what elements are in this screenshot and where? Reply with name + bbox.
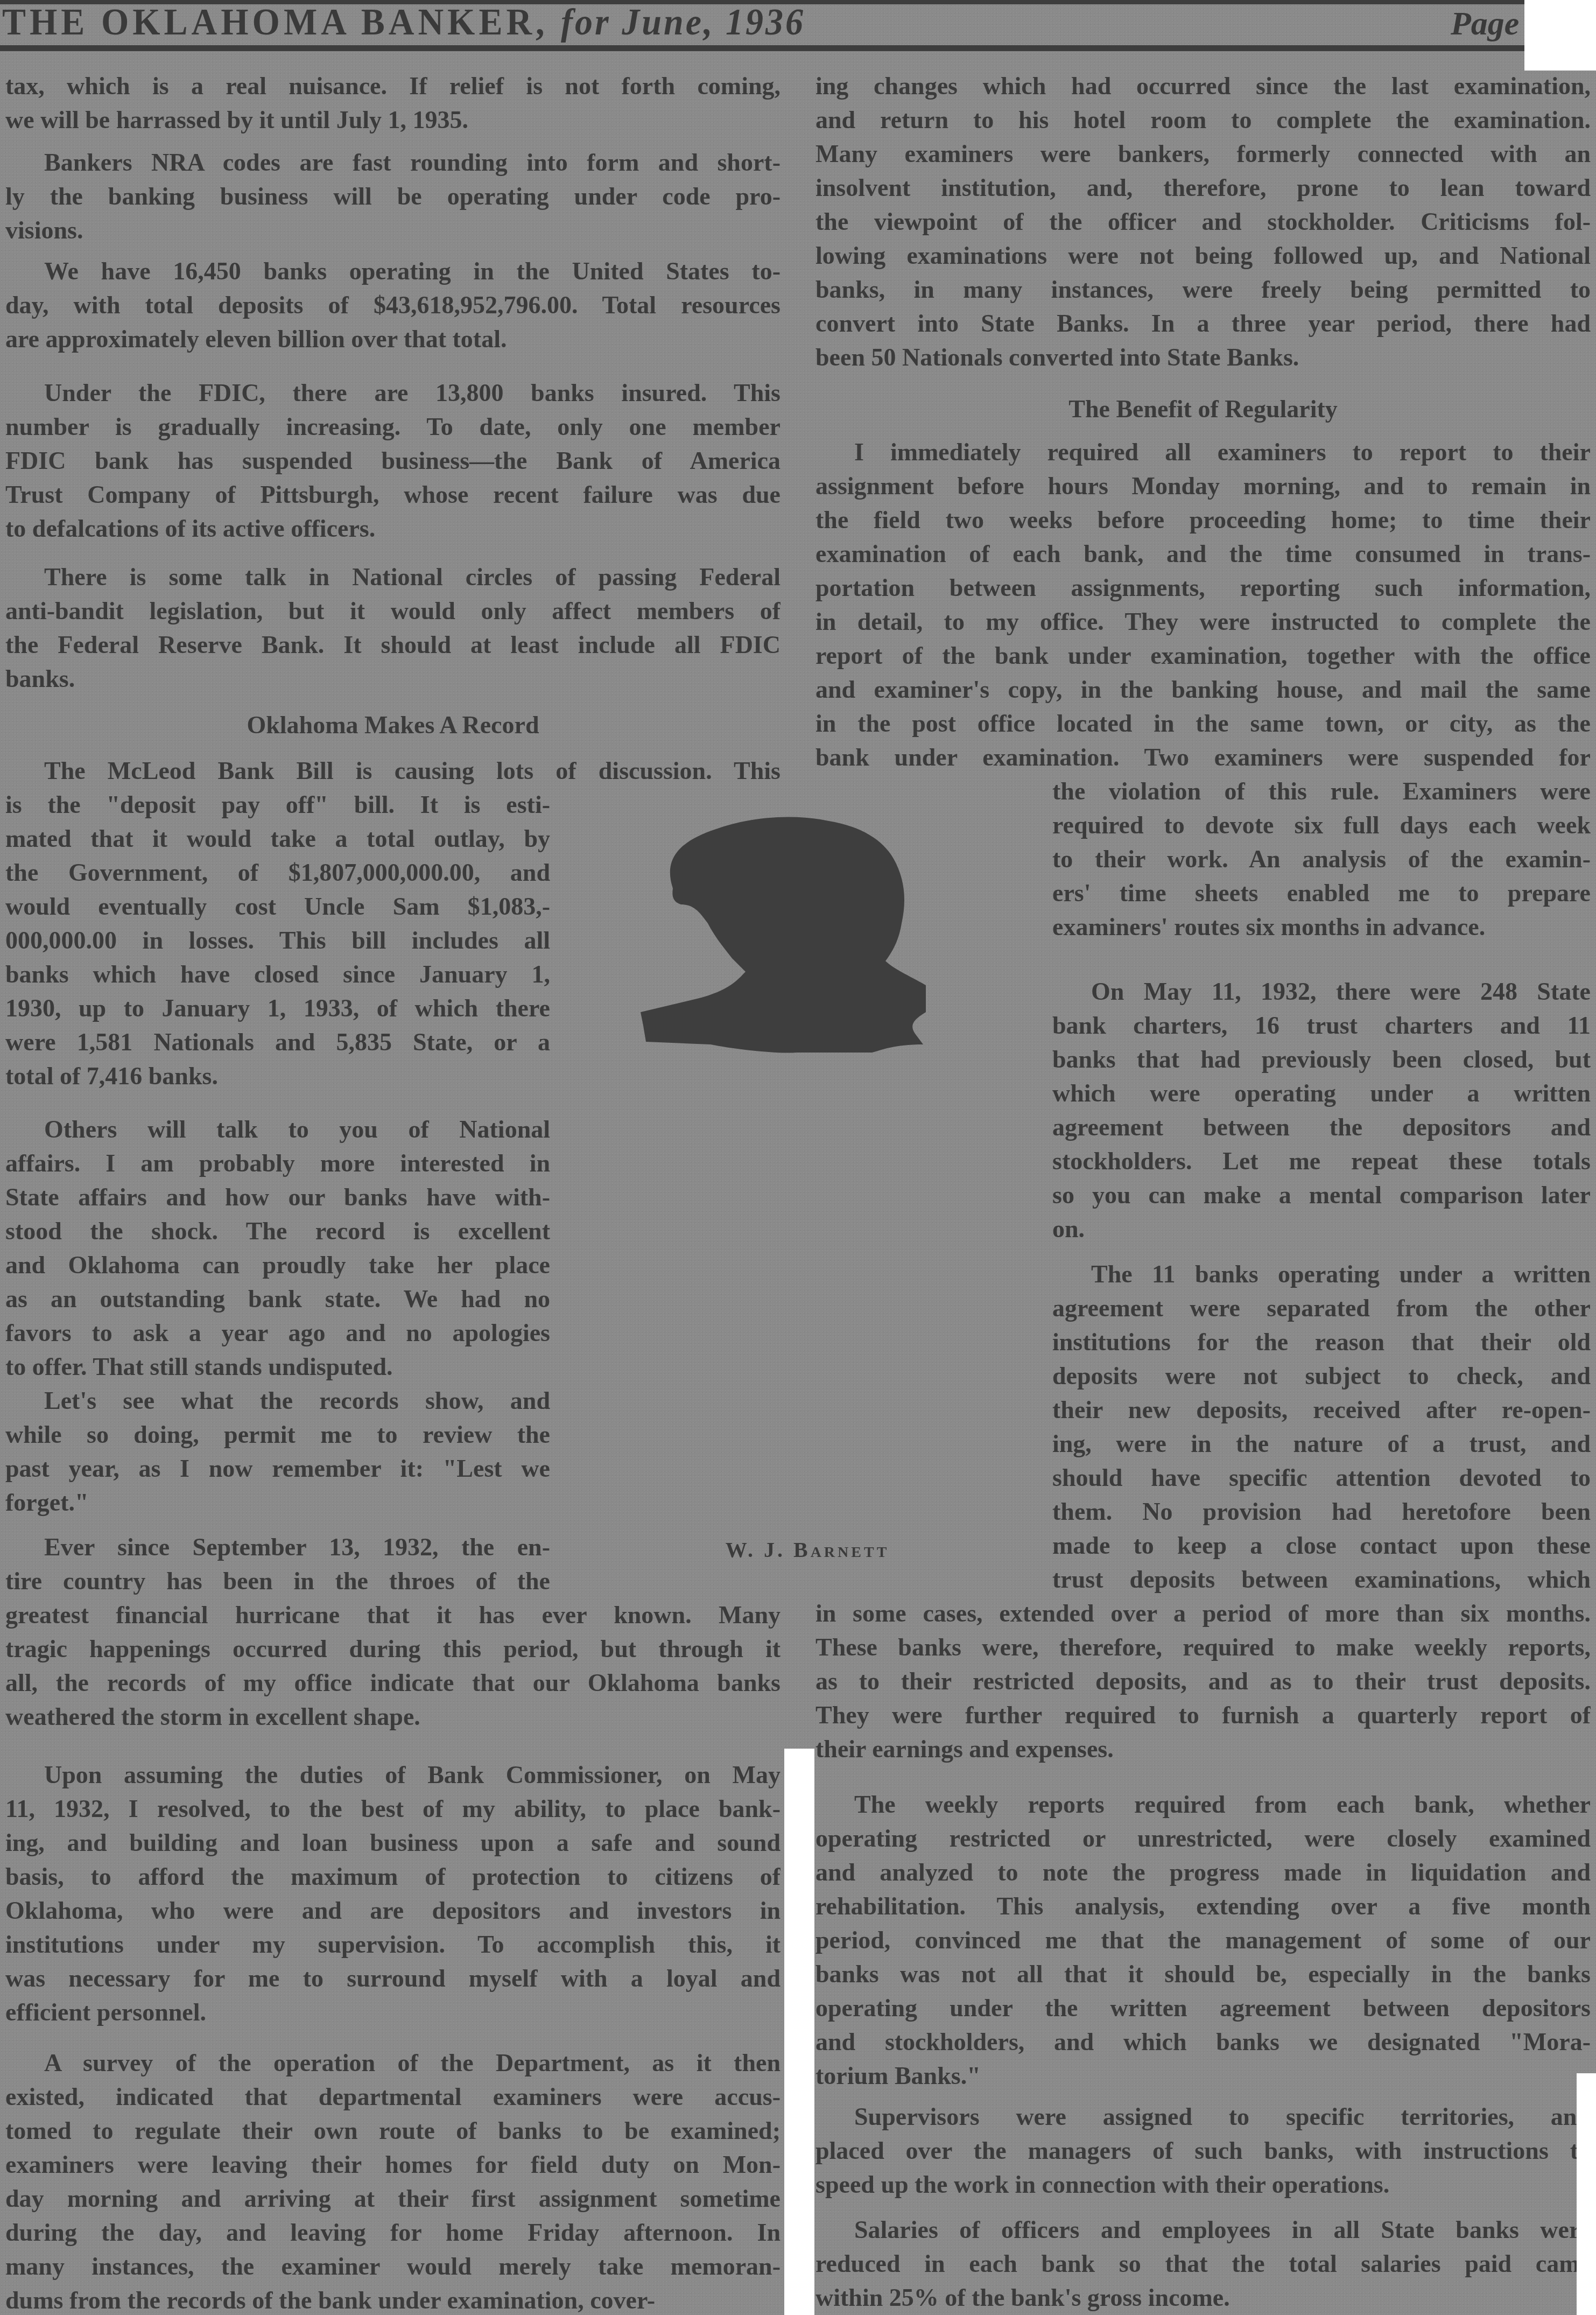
page-label: Page: [1451, 2, 1519, 45]
text-line: agreement between the depositors and: [1052, 1110, 1591, 1144]
text-line: tax, which is a real nuisance. If relief…: [5, 69, 781, 103]
text-line: Many examiners were bankers, formerly co…: [815, 137, 1591, 171]
text-line: Supervisors were assigned to specific te…: [815, 2100, 1591, 2134]
text-line: There is some talk in National circles o…: [5, 560, 781, 594]
text-line: were 1,581 Nationals and 5,835 State, or…: [5, 1025, 550, 1059]
text-line: as an outstanding bank state. We had no: [5, 1282, 550, 1316]
text-line: tomed to regulate their own route of ban…: [5, 2114, 781, 2148]
text-line: operating under the written agreement be…: [815, 1991, 1591, 2025]
newspaper-page: THE OKLAHOMA BANKER, for June, 1936 Page…: [0, 0, 1596, 2315]
text-line: They were further required to furnish a …: [815, 1698, 1591, 1732]
text-line: ly the banking business will be operatin…: [5, 179, 781, 213]
text-line: Under the FDIC, there are 13,800 banks i…: [5, 376, 781, 410]
text-line: past year, as I now remember it: "Lest w…: [5, 1451, 550, 1485]
text-line: forget.": [5, 1485, 550, 1519]
text-line: banks which have closed since January 1,: [5, 957, 550, 991]
header-rule: [0, 45, 1524, 51]
text-line: to defalcations of its active officers.: [5, 511, 781, 545]
heading-oklahoma-makes-a-record: Oklahoma Makes A Record: [5, 708, 781, 742]
left-p8: Let's see what the records show, andwhil…: [5, 1384, 550, 1519]
heading-benefit-of-regularity: The Benefit of Regularity: [815, 392, 1591, 426]
text-line: so you can make a mental comparison late…: [1052, 1178, 1591, 1212]
text-line: portation between assignments, reporting…: [815, 571, 1591, 605]
text-line: Oklahoma, who were and are depositors an…: [5, 1893, 781, 1927]
text-line: mated that it would take a total outlay,…: [5, 822, 550, 855]
text-line: reduced in each bank so that the total s…: [815, 2247, 1591, 2281]
text-line: banks that had previously been closed, b…: [1052, 1042, 1591, 1076]
portrait-caption: W. J. Barnett: [673, 1537, 942, 1562]
text-line: examination of each bank, and the time c…: [815, 537, 1591, 571]
text-line: many instances, the examiner would merel…: [5, 2249, 781, 2283]
text-line: 11, 1932, I resolved, to the best of my …: [5, 1792, 781, 1826]
text-line: within 25% of the bank's gross income.: [815, 2281, 1591, 2314]
text-line: efficient personnel.: [5, 1995, 781, 2029]
text-line: required to devote six full days each we…: [1052, 808, 1591, 842]
text-line: affairs. I am probably more interested i…: [5, 1146, 550, 1180]
text-line: Others will talk to you of National: [5, 1112, 550, 1146]
text-line: torium Banks.": [815, 2059, 1591, 2093]
left-p7: Others will talk to you of Nationalaffai…: [5, 1112, 550, 1384]
text-line: was necessary for me to surround myself …: [5, 1961, 781, 1995]
text-line: banks was not all that it should be, esp…: [815, 1957, 1591, 1991]
text-line: is the "deposit pay off" bill. It is est…: [5, 788, 550, 822]
text-line: insolvent institution, and, therefore, p…: [815, 171, 1591, 205]
masthead: THE OKLAHOMA BANKER, for June, 1936: [2, 0, 805, 45]
portrait-silhouette-icon: [592, 808, 1012, 1055]
left-p9-narrow: Ever since September 13, 1932, the en-ti…: [5, 1530, 550, 1598]
left-p5: There is some talk in National circles o…: [5, 560, 781, 696]
text-line: speed up the work in connection with the…: [815, 2167, 1591, 2201]
text-line: made to keep a close contact upon these: [1052, 1528, 1591, 1562]
text-line: tragic happenings occurred during this p…: [5, 1632, 781, 1666]
text-line: as to their restricted deposits, and as …: [815, 1664, 1591, 1698]
text-line: Salaries of officers and employees in al…: [815, 2213, 1591, 2247]
text-line: visions.: [5, 213, 781, 247]
text-line: day, with total deposits of $43,618,952,…: [5, 288, 781, 322]
text-line: their earnings and expenses.: [815, 1732, 1591, 1766]
text-line: agreement were separated from the other: [1052, 1291, 1591, 1325]
text-line: institutions under my supervision. To ac…: [5, 1927, 781, 1961]
text-line: their new deposits, received after re-op…: [1052, 1393, 1591, 1427]
right-p2-narrow: the violation of this rule. Examiners we…: [1052, 774, 1591, 944]
left-p1: tax, which is a real nuisance. If relief…: [5, 69, 781, 137]
scan-margin-bottom-right: [1577, 2073, 1596, 2315]
text-line: the field two weeks before proceeding ho…: [815, 503, 1591, 537]
text-line: total of 7,416 banks.: [5, 1059, 550, 1093]
text-line: On May 11, 1932, there were 248 State: [1052, 974, 1591, 1008]
issue-date: for June, 1936: [561, 2, 805, 43]
text-line: the Federal Reserve Bank. It should at l…: [5, 628, 781, 662]
text-line: rehabilitation. This analysis, extending…: [815, 1889, 1591, 1923]
left-p2: Bankers NRA codes are fast rounding into…: [5, 145, 781, 247]
text-line: report of the bank under examination, to…: [815, 639, 1591, 672]
left-p3: We have 16,450 banks operating in the Un…: [5, 254, 781, 356]
text-line: deposits were not subject to check, and: [1052, 1359, 1591, 1393]
text-line: all, the records of my office indicate t…: [5, 1666, 781, 1700]
right-p4-full: in some cases, extended over a period of…: [815, 1596, 1591, 1766]
left-p10: Upon assuming the duties of Bank Commiss…: [5, 1758, 781, 2029]
text-line: we will be harrassed by it until July 1,…: [5, 103, 781, 137]
text-line: are approximately eleven billion over th…: [5, 322, 781, 356]
text-line: Let's see what the records show, and: [5, 1384, 550, 1418]
text-line: which were operating under a written: [1052, 1076, 1591, 1110]
text-line: the Government, of $1,807,000,000.00, an…: [5, 855, 550, 889]
right-p7: Salaries of officers and employees in al…: [815, 2213, 1591, 2314]
text-line: We have 16,450 banks operating in the Un…: [5, 254, 781, 288]
text-line: period, convinced me that the management…: [815, 1923, 1591, 1957]
text-line: day morning and arriving at their first …: [5, 2181, 781, 2215]
text-line: bank charters, 16 trust charters and 11: [1052, 1008, 1591, 1042]
text-line: FDIC bank has suspended business—the Ban…: [5, 444, 781, 478]
text-line: stockholders. Let me repeat these totals: [1052, 1144, 1591, 1178]
left-p9-full: greatest financial hurricane that it has…: [5, 1598, 781, 1734]
text-line: The 11 banks operating under a written: [1052, 1257, 1591, 1291]
text-line: banks, in many instances, were freely be…: [815, 272, 1591, 306]
text-line: These banks were, therefore, required to…: [815, 1630, 1591, 1664]
text-line: the violation of this rule. Examiners we…: [1052, 774, 1591, 808]
text-line: institutions for the reason that their o…: [1052, 1325, 1591, 1359]
text-line: and analyzed to note the progress made i…: [815, 1855, 1591, 1889]
text-line: in detail, to my office. They were instr…: [815, 605, 1591, 639]
text-line: ers' time sheets enabled me to prepare: [1052, 876, 1591, 910]
text-line: on.: [1052, 1212, 1591, 1246]
text-line: dums from the records of the bank under …: [5, 2283, 781, 2315]
right-p6: Supervisors were assigned to specific te…: [815, 2100, 1591, 2201]
text-line: number is gradually increasing. To date,…: [5, 410, 781, 444]
text-line: and Oklahoma can proudly take her place: [5, 1248, 550, 1282]
right-p5: The weekly reports required from each ba…: [815, 1787, 1591, 2093]
text-line: been 50 Nationals converted into State B…: [815, 340, 1591, 374]
text-line: during the day, and leaving for home Fri…: [5, 2215, 781, 2249]
text-line: while so doing, permit me to review the: [5, 1418, 550, 1451]
scan-gutter-bottom: [784, 1749, 814, 2315]
publication-title: THE OKLAHOMA BANKER,: [2, 2, 549, 43]
text-line: Upon assuming the duties of Bank Commiss…: [5, 1758, 781, 1792]
text-line: greatest financial hurricane that it has…: [5, 1598, 781, 1632]
text-line: assignment before hours Monday morning, …: [815, 469, 1591, 503]
text-line: I immediately required all examiners to …: [815, 435, 1591, 469]
left-p6-narrow: is the "deposit pay off" bill. It is est…: [5, 788, 550, 1093]
text-line: the viewpoint of the officer and stockho…: [815, 205, 1591, 238]
text-line: existed, indicated that departmental exa…: [5, 2080, 781, 2114]
text-line: in some cases, extended over a period of…: [815, 1596, 1591, 1630]
text-line: stood the shock. The record is excellent: [5, 1214, 550, 1248]
text-line: placed over the managers of such banks, …: [815, 2134, 1591, 2167]
text-line: examiners were leaving their homes for f…: [5, 2148, 781, 2181]
text-line: 000,000.00 in losses. This bill includes…: [5, 923, 550, 957]
text-line: and return to his hotel room to complete…: [815, 103, 1591, 137]
text-line: them. No provision had heretofore been: [1052, 1495, 1591, 1528]
right-p1: ing changes which had occurred since the…: [815, 69, 1591, 374]
right-p4-narrow: The 11 banks operating under a writtenag…: [1052, 1257, 1591, 1596]
text-line: The McLeod Bank Bill is causing lots of …: [5, 754, 781, 788]
text-line: ing changes which had occurred since the…: [815, 69, 1591, 103]
text-line: in the post office located in the same t…: [815, 706, 1591, 740]
text-line: operating restricted or unrestricted, we…: [815, 1821, 1591, 1855]
text-line: basis, to afford the maximum of protecti…: [5, 1860, 781, 1893]
text-line: 1930, up to January 1, 1933, of which th…: [5, 991, 550, 1025]
text-line: and stockholders, and which banks we des…: [815, 2025, 1591, 2059]
text-line: and examiner's copy, in the banking hous…: [815, 672, 1591, 706]
left-p6-full: The McLeod Bank Bill is causing lots of …: [5, 754, 781, 788]
text-line: ing, were in the nature of a trust, and: [1052, 1427, 1591, 1461]
text-line: examiners' routes six months in advance.: [1052, 910, 1591, 944]
left-p11: A survey of the operation of the Departm…: [5, 2046, 781, 2315]
text-line: Ever since September 13, 1932, the en-: [5, 1530, 550, 1564]
text-line: to offer. That still stands undisputed.: [5, 1350, 550, 1384]
text-line: favors to ask a year ago and no apologie…: [5, 1316, 550, 1350]
text-line: State affairs and how our banks have wit…: [5, 1180, 550, 1214]
text-line: to their work. An analysis of the examin…: [1052, 842, 1591, 876]
text-line: Bankers NRA codes are fast rounding into…: [5, 145, 781, 179]
right-p2-full: I immediately required all examiners to …: [815, 435, 1591, 774]
text-line: A survey of the operation of the Departm…: [5, 2046, 781, 2080]
text-line: bank under examination. Two examiners we…: [815, 740, 1591, 774]
text-line: ing, and building and loan business upon…: [5, 1826, 781, 1860]
text-line: tire country has been in the throes of t…: [5, 1564, 550, 1598]
text-line: would eventually cost Uncle Sam $1,083,-: [5, 889, 550, 923]
right-p3: On May 11, 1932, there were 248 Stateban…: [1052, 974, 1591, 1246]
text-line: convert into State Banks. In a three yea…: [815, 306, 1591, 340]
text-line: anti-bandit legislation, but it would on…: [5, 594, 781, 628]
text-line: weathered the storm in excellent shape.: [5, 1700, 781, 1734]
left-p4: Under the FDIC, there are 13,800 banks i…: [5, 376, 781, 545]
text-line: Trust Company of Pittsburgh, whose recen…: [5, 478, 781, 511]
text-line: trust deposits between examinations, whi…: [1052, 1562, 1591, 1596]
text-line: lowing examinations were not being follo…: [815, 238, 1591, 272]
scan-margin-top-right: [1524, 0, 1596, 71]
text-line: should have specific attention devoted t…: [1052, 1461, 1591, 1495]
text-line: The weekly reports required from each ba…: [815, 1787, 1591, 1821]
text-line: banks.: [5, 662, 781, 696]
